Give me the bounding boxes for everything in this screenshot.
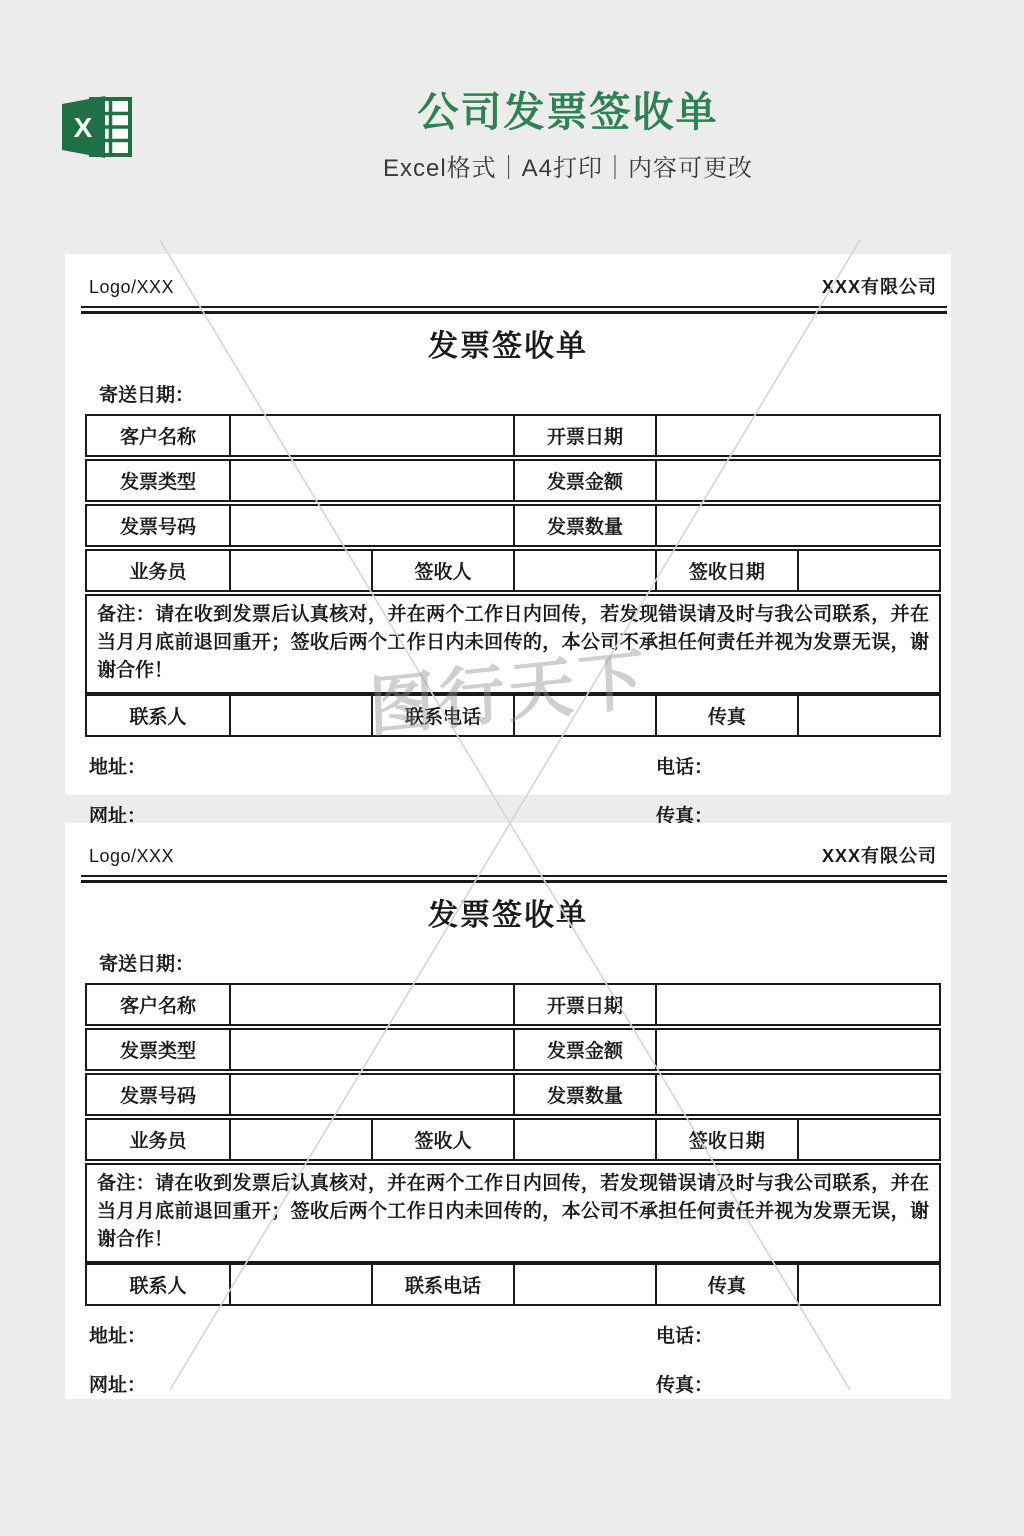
company-name: XXX有限公司 <box>822 847 937 867</box>
table-row: 客户名称 开票日期 <box>85 414 941 457</box>
phone-label: 电话： <box>656 752 713 779</box>
footer-line: 地址： 电话： <box>89 1321 937 1348</box>
card-footer: 地址： 电话： 网址： 传真： <box>65 1306 951 1397</box>
sign-date-input-cell[interactable] <box>797 551 939 590</box>
table-row: 发票号码 发票数量 <box>85 1073 941 1116</box>
note-text: 备注：请在收到发票后认真核对，并在两个工作日内回传，若发现错误请及时与我公司联系… <box>85 1163 941 1263</box>
invoice-quantity-label: 发票数量 <box>513 1075 655 1114</box>
invoice-form-card-2: Logo/XXX XXX有限公司 发票签收单 寄送日期： 客户名称 开票日期 发… <box>65 823 951 1399</box>
table-row: 发票类型 发票金额 <box>85 459 941 502</box>
customer-name-input-cell[interactable] <box>229 985 513 1024</box>
table-row: 业务员 签收人 签收日期 <box>85 549 941 592</box>
fax-label: 传真 <box>655 1265 797 1304</box>
salesman-input-cell[interactable] <box>229 1120 371 1159</box>
table-row: 联系人 联系电话 传真 <box>85 694 941 737</box>
contact-phone-input-cell[interactable] <box>513 696 655 735</box>
customer-name-label: 客户名称 <box>87 985 229 1024</box>
signer-input-cell[interactable] <box>513 1120 655 1159</box>
logo-placeholder: Logo/XXX <box>89 847 174 867</box>
contact-label: 联系人 <box>87 1265 229 1304</box>
address-label: 地址： <box>89 752 656 779</box>
invoice-date-label: 开票日期 <box>513 985 655 1024</box>
salesman-input-cell[interactable] <box>229 551 371 590</box>
logo-placeholder: Logo/XXX <box>89 278 174 298</box>
salesman-label: 业务员 <box>87 1120 229 1159</box>
address-label: 地址： <box>89 1321 656 1348</box>
footer-line: 地址： 电话： <box>89 752 937 779</box>
invoice-form-card-1: Logo/XXX XXX有限公司 发票签收单 寄送日期： 客户名称 开票日期 发… <box>65 254 951 795</box>
invoice-number-label: 发票号码 <box>87 506 229 545</box>
card-footer: 地址： 电话： 网址： 传真： <box>65 737 951 828</box>
invoice-type-label: 发票类型 <box>87 461 229 500</box>
table-row: 联系人 联系电话 传真 <box>85 1263 941 1306</box>
note-text: 备注：请在收到发票后认真核对，并在两个工作日内回传，若发现错误请及时与我公司联系… <box>85 594 941 694</box>
fax-label: 传真 <box>655 696 797 735</box>
fax-footer-label: 传真： <box>656 1370 713 1397</box>
invoice-amount-input-cell[interactable] <box>655 1030 939 1069</box>
signer-label: 签收人 <box>371 1120 513 1159</box>
contact-phone-label: 联系电话 <box>371 696 513 735</box>
page-header: X 公司发票签收单 Excel格式｜A4打印｜内容可更改 <box>0 0 1024 215</box>
invoice-quantity-input-cell[interactable] <box>655 506 939 545</box>
form-table: 客户名称 开票日期 发票类型 发票金额 发票号码 发票数量 业务员 签收人 <box>85 414 941 737</box>
sign-date-input-cell[interactable] <box>797 1120 939 1159</box>
sign-date-label: 签收日期 <box>655 551 797 590</box>
send-date-label: 寄送日期： <box>99 380 951 407</box>
invoice-quantity-label: 发票数量 <box>513 506 655 545</box>
invoice-number-input-cell[interactable] <box>229 506 513 545</box>
invoice-amount-input-cell[interactable] <box>655 461 939 500</box>
salesman-label: 业务员 <box>87 551 229 590</box>
customer-name-label: 客户名称 <box>87 416 229 455</box>
header-titles: 公司发票签收单 Excel格式｜A4打印｜内容可更改 <box>0 90 1024 183</box>
invoice-amount-label: 发票金额 <box>513 1030 655 1069</box>
header-rule <box>81 875 947 883</box>
contact-label: 联系人 <box>87 696 229 735</box>
invoice-date-label: 开票日期 <box>513 416 655 455</box>
invoice-date-input-cell[interactable] <box>655 985 939 1024</box>
contact-phone-input-cell[interactable] <box>513 1265 655 1304</box>
fax-input-cell[interactable] <box>797 1265 939 1304</box>
invoice-date-input-cell[interactable] <box>655 416 939 455</box>
sign-date-label: 签收日期 <box>655 1120 797 1159</box>
table-row: 业务员 签收人 签收日期 <box>85 1118 941 1161</box>
customer-name-input-cell[interactable] <box>229 416 513 455</box>
invoice-type-input-cell[interactable] <box>229 1030 513 1069</box>
table-row: 客户名称 开票日期 <box>85 983 941 1026</box>
page-title: 公司发票签收单 <box>112 90 1024 135</box>
footer-line: 网址： 传真： <box>89 1370 937 1397</box>
page-subtitle: Excel格式｜A4打印｜内容可更改 <box>112 148 1024 183</box>
invoice-quantity-input-cell[interactable] <box>655 1075 939 1114</box>
template-preview-page: 图行天下 X 公司发票签收单 Excel格式｜A4打印｜内容可更改 Logo/X… <box>0 0 1024 1536</box>
invoice-type-input-cell[interactable] <box>229 461 513 500</box>
contact-input-cell[interactable] <box>229 696 371 735</box>
company-name: XXX有限公司 <box>822 278 937 298</box>
contact-phone-label: 联系电话 <box>371 1265 513 1304</box>
invoice-amount-label: 发票金额 <box>513 461 655 500</box>
website-label: 网址： <box>89 1370 656 1397</box>
invoice-type-label: 发票类型 <box>87 1030 229 1069</box>
signer-label: 签收人 <box>371 551 513 590</box>
invoice-number-input-cell[interactable] <box>229 1075 513 1114</box>
invoice-number-label: 发票号码 <box>87 1075 229 1114</box>
header-rule <box>81 306 947 314</box>
contact-input-cell[interactable] <box>229 1265 371 1304</box>
card-header: Logo/XXX XXX有限公司 <box>65 823 951 867</box>
table-row: 发票类型 发票金额 <box>85 1028 941 1071</box>
send-date-label: 寄送日期： <box>99 949 951 976</box>
form-title: 发票签收单 <box>65 890 951 934</box>
fax-input-cell[interactable] <box>797 696 939 735</box>
form-table: 客户名称 开票日期 发票类型 发票金额 发票号码 发票数量 业务员 签收人 <box>85 983 941 1306</box>
table-row: 发票号码 发票数量 <box>85 504 941 547</box>
phone-label: 电话： <box>656 1321 713 1348</box>
card-header: Logo/XXX XXX有限公司 <box>65 254 951 298</box>
signer-input-cell[interactable] <box>513 551 655 590</box>
form-title: 发票签收单 <box>65 321 951 365</box>
